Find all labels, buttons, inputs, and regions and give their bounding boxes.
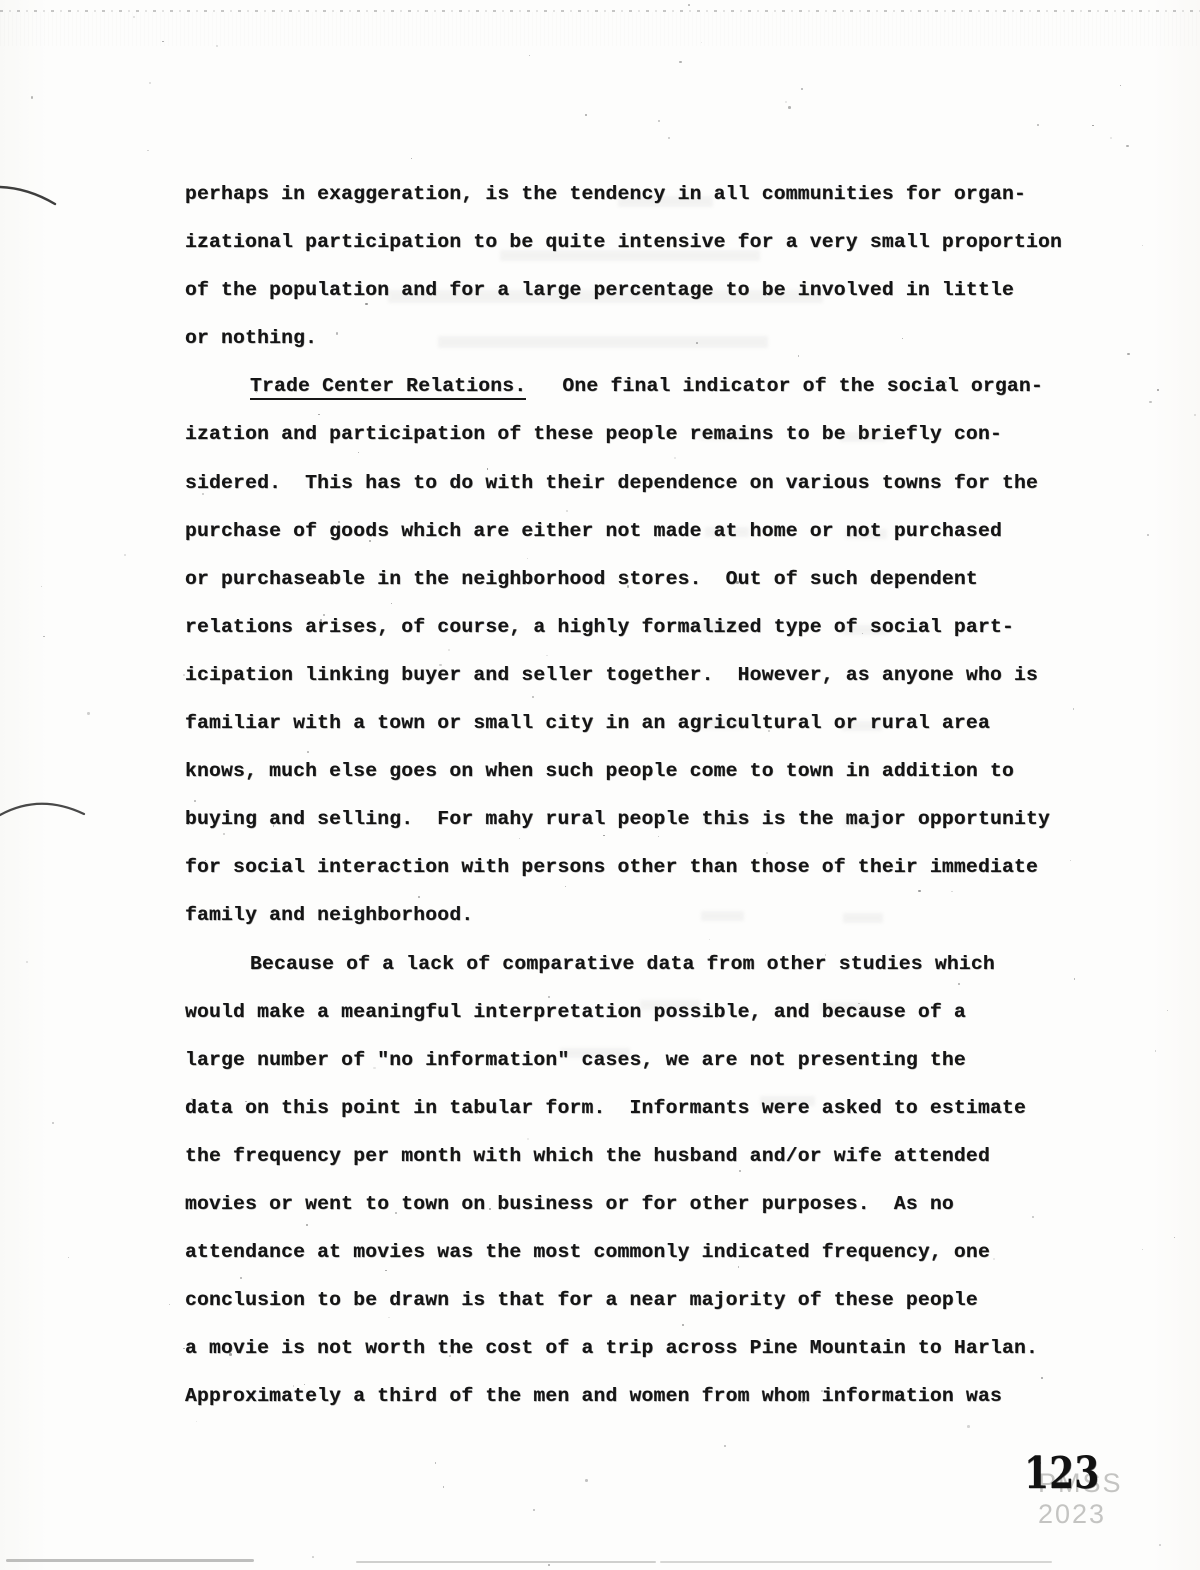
text-line: of the population and for a large percen… — [185, 266, 1105, 314]
noise-speck — [1126, 145, 1129, 148]
text-line: for social interaction with persons othe… — [185, 843, 1105, 891]
noise-speck — [41, 586, 42, 587]
noise-speck — [529, 55, 530, 56]
noise-speck — [1110, 137, 1112, 139]
text-line: attendance at movies was the most common… — [185, 1228, 1105, 1276]
noise-speck — [1147, 534, 1149, 536]
noise-speck — [738, 1266, 740, 1268]
noise-speck — [149, 82, 150, 83]
noise-speck — [68, 1257, 69, 1258]
text-segment: purchase of goods which are either not m… — [185, 520, 1002, 542]
text-segment: Because of a lack of comparative data fr… — [250, 953, 995, 975]
text-line: icipation linking buyer and seller toget… — [185, 651, 1105, 699]
text-segment: perhaps in exaggeration, is the tendency… — [185, 183, 1026, 205]
noise-speck — [1120, 85, 1121, 86]
text-line: the frequency per month with which the h… — [185, 1132, 1105, 1180]
noise-speck — [147, 150, 148, 151]
noise-speck — [124, 554, 126, 556]
text-line: conclusion to be drawn is that for a nea… — [185, 1276, 1105, 1324]
noise-speck — [43, 636, 45, 638]
noise-speck — [658, 120, 660, 122]
noise-speck — [958, 983, 960, 985]
noise-speck — [788, 106, 791, 109]
text-segment: attendance at movies was the most common… — [185, 1241, 990, 1263]
noise-speck — [862, 633, 863, 634]
noise-speck — [439, 664, 442, 667]
noise-speck — [52, 1122, 54, 1124]
noise-speck — [768, 730, 770, 732]
noise-speck — [668, 137, 670, 139]
text-line: buying and selling. For mahy rural peopl… — [185, 795, 1105, 843]
text-line: purchase of goods which are either not m… — [185, 507, 1105, 555]
noise-speck — [223, 833, 225, 835]
noise-speck — [411, 158, 412, 159]
noise-speck — [1142, 245, 1143, 246]
text-segment: large number of "no information" cases, … — [185, 1049, 966, 1071]
text-segment: ization and participation of these peopl… — [185, 423, 1002, 445]
noise-speck — [696, 342, 698, 344]
noise-speck — [435, 1462, 437, 1464]
text-line: familiar with a town or small city in an… — [185, 699, 1105, 747]
noise-speck — [533, 1509, 535, 1511]
text-line: or purchaseable in the neighborhood stor… — [185, 555, 1105, 603]
text-line: or nothing. — [185, 314, 1105, 362]
text-segment: the frequency per month with which the h… — [185, 1145, 990, 1167]
pen-mark-arc-top — [0, 187, 55, 204]
noise-speck — [548, 1564, 550, 1566]
text-segment: would make a meaningful interpretation p… — [185, 1001, 966, 1023]
noise-speck — [1167, 1010, 1169, 1012]
noise-speck — [519, 838, 520, 839]
text-segment: data on this point in tabular form. Info… — [185, 1097, 1026, 1119]
noise-speck — [133, 16, 135, 18]
text-segment: movies or went to town on business or fo… — [185, 1193, 954, 1215]
noise-speck — [585, 114, 587, 116]
text-segment: relations arises, of course, a highly fo… — [185, 616, 1014, 638]
text-line: knows, much else goes on when such peopl… — [185, 747, 1105, 795]
text-segment: One final indicator of the social organ- — [526, 375, 1043, 397]
noise-speck — [307, 751, 309, 753]
noise-speck — [194, 800, 196, 802]
noise-speck — [646, 1298, 648, 1300]
noise-speck — [1037, 124, 1039, 126]
noise-speck — [993, 1258, 995, 1260]
scan-edge-haze — [0, 12, 1200, 46]
noise-speck — [801, 88, 803, 90]
noise-speck — [293, 1385, 294, 1386]
text-segment: of the population and for a large percen… — [185, 279, 1014, 301]
page-number: 123 — [1024, 1448, 1099, 1499]
scanned-page: perhaps in exaggeration, is the tendency… — [0, 0, 1200, 1570]
noise-speck — [1092, 125, 1094, 127]
noise-speck — [724, 1445, 727, 1448]
noise-speck — [365, 303, 367, 305]
text-segment: conclusion to be drawn is that for a nea… — [185, 1289, 978, 1311]
text-segment: for social interaction with persons othe… — [185, 856, 1038, 878]
text-line: movies or went to town on business or fo… — [185, 1180, 1105, 1228]
noise-speck — [918, 890, 920, 892]
text-segment: or purchaseable in the neighborhood stor… — [185, 568, 978, 590]
noise-speck — [26, 961, 28, 963]
noise-speck — [1149, 401, 1152, 404]
noise-speck — [169, 1304, 170, 1305]
noise-speck — [664, 379, 666, 381]
noise-speck — [443, 1486, 445, 1488]
text-segment: familiar with a town or small city in an… — [185, 712, 990, 734]
noise-speck — [1159, 1544, 1161, 1546]
noise-speck — [951, 891, 952, 892]
text-segment: a movie is not worth the cost of a trip … — [185, 1337, 1038, 1359]
noise-speck — [391, 603, 392, 604]
noise-speck — [373, 1067, 375, 1069]
noise-speck — [87, 712, 89, 714]
pen-mark-arc-middle — [0, 804, 84, 815]
text-line: izational participation to be quite inte… — [185, 218, 1105, 266]
text-line: would make a meaningful interpretation p… — [185, 988, 1105, 1036]
text-segment: sidered. This has to do with their depen… — [185, 472, 1038, 494]
text-segment: izational participation to be quite inte… — [185, 231, 1062, 253]
noise-speck — [418, 896, 420, 898]
text-line: data on this point in tabular form. Info… — [185, 1084, 1105, 1132]
noise-speck — [679, 61, 682, 64]
text-line: relations arises, of course, a highly fo… — [185, 603, 1105, 651]
noise-speck — [546, 655, 547, 656]
noise-speck — [585, 1479, 588, 1482]
noise-speck — [658, 836, 659, 837]
text-line: perhaps in exaggeration, is the tendency… — [185, 170, 1105, 218]
noise-speck — [162, 41, 164, 43]
text-line: a movie is not worth the cost of a trip … — [185, 1324, 1105, 1372]
noise-speck — [31, 96, 34, 99]
noise-speck — [312, 1556, 314, 1558]
noise-speck — [240, 1277, 242, 1279]
noise-speck — [688, 4, 690, 6]
noise-speck — [736, 581, 739, 584]
noise-speck — [449, 1355, 451, 1357]
noise-speck — [858, 1003, 860, 1005]
noise-speck — [1174, 1237, 1176, 1239]
noise-speck — [229, 1353, 232, 1356]
noise-speck — [183, 674, 185, 676]
noise-speck — [1127, 353, 1129, 355]
text-segment: icipation linking buyer and seller toget… — [185, 664, 1038, 686]
text-segment: family and neighborhood. — [185, 904, 473, 926]
text-line: Approximately a third of the men and wom… — [185, 1372, 1105, 1420]
noise-speck — [1155, 1050, 1157, 1052]
noise-speck — [216, 45, 218, 47]
text-line: Trade Center Relations. One final indica… — [185, 362, 1105, 410]
noise-speck — [1142, 1249, 1143, 1250]
noise-speck — [1194, 414, 1196, 416]
document-text: perhaps in exaggeration, is the tendency… — [185, 170, 1105, 1420]
text-segment: Approximately a third of the men and wom… — [185, 1385, 1002, 1407]
text-line: large number of "no information" cases, … — [185, 1036, 1105, 1084]
text-line: sidered. This has to do with their depen… — [185, 459, 1105, 507]
noise-speck — [205, 860, 206, 861]
section-heading: Trade Center Relations. — [250, 375, 526, 400]
text-line: Because of a lack of comparative data fr… — [185, 940, 1105, 988]
noise-speck — [709, 939, 710, 940]
noise-speck — [196, 1421, 197, 1422]
scan-edge-noise-bottom — [6, 1559, 254, 1562]
scan-edge-noise-bottom — [660, 1561, 1052, 1563]
text-segment: or nothing. — [185, 327, 317, 349]
noise-speck — [967, 1425, 970, 1428]
noise-speck — [785, 101, 787, 103]
noise-speck — [1157, 389, 1159, 391]
text-segment: buying and selling. For mahy rural peopl… — [185, 808, 1050, 830]
text-line: family and neighborhood. — [185, 891, 1105, 939]
scan-edge-noise-bottom — [356, 1561, 656, 1563]
noise-speck — [369, 540, 371, 542]
text-segment: knows, much else goes on when such peopl… — [185, 760, 1014, 782]
text-line: ization and participation of these peopl… — [185, 410, 1105, 458]
noise-speck — [256, 392, 257, 393]
noise-speck — [183, 1348, 184, 1349]
